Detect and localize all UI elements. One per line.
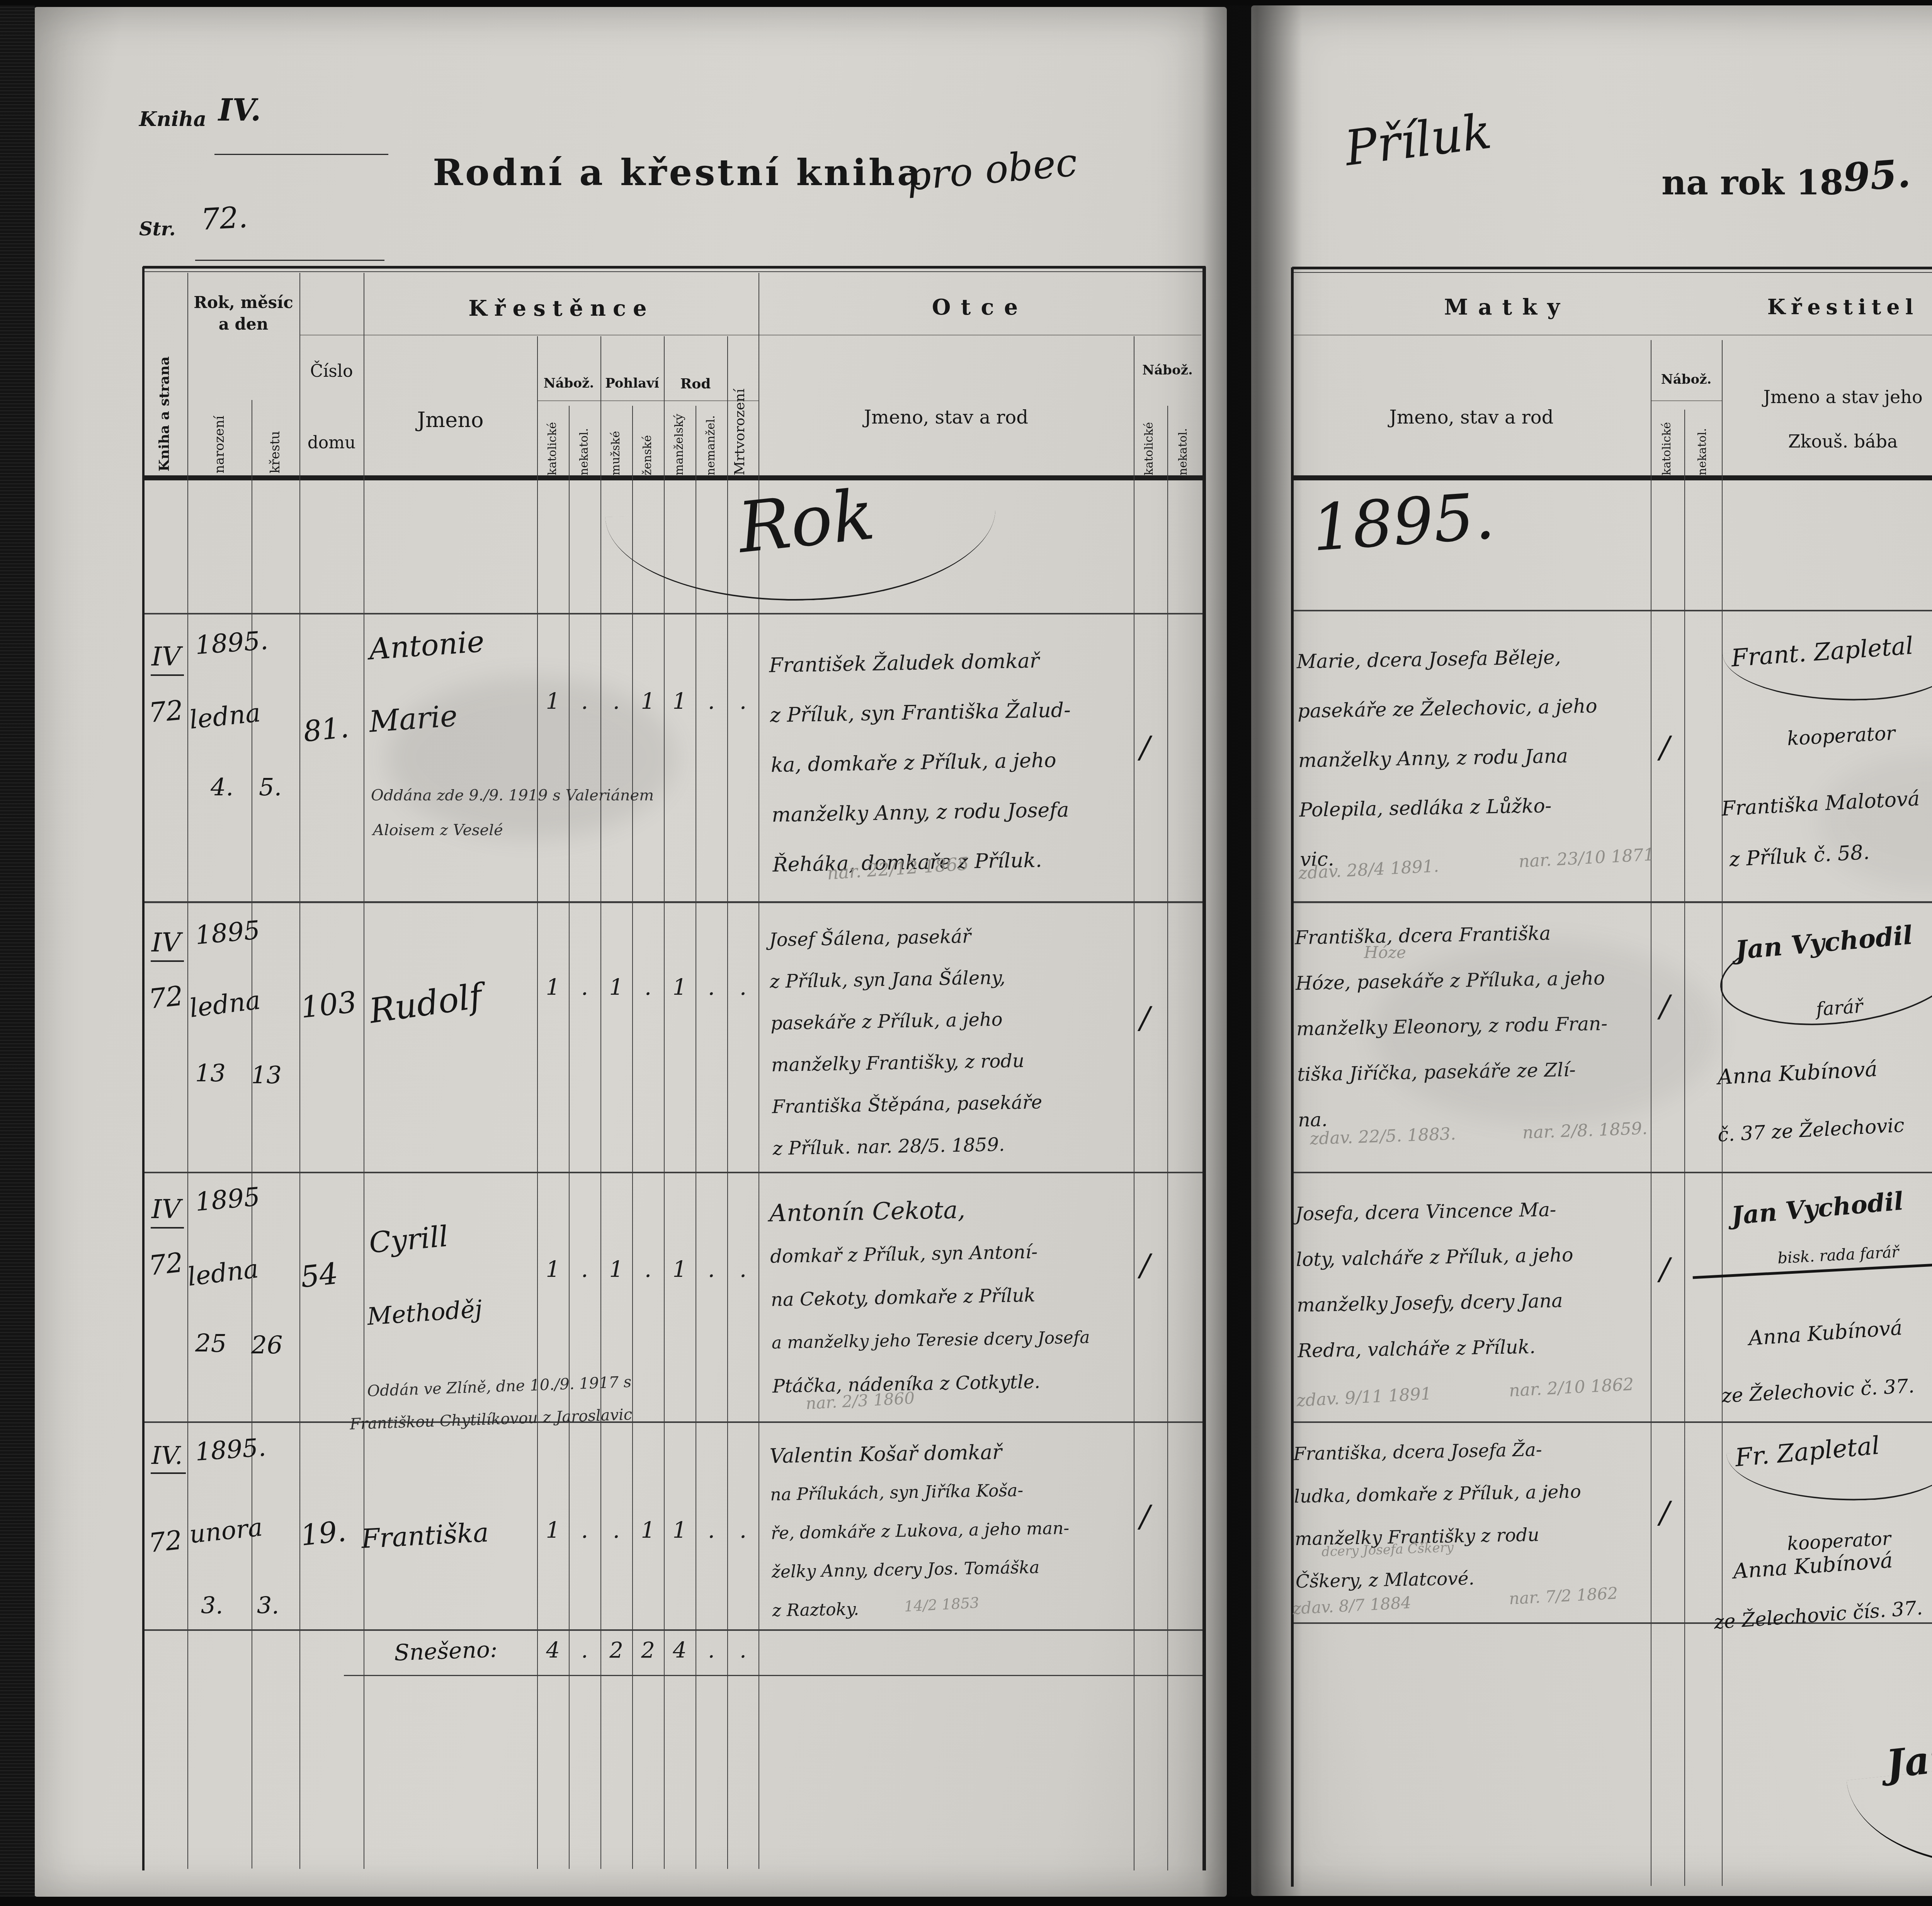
col-rod-wed: manželský — [672, 369, 686, 475]
col-book-page: Kniha a strana — [156, 286, 172, 471]
year-printed: na rok 18 — [1662, 162, 1844, 203]
col-relig-cath: katolické — [546, 386, 559, 475]
col-rod-unwed: nemanžel. — [704, 377, 718, 475]
col-mother-name: Jmeno, stav a rod — [1292, 407, 1651, 428]
r2-page: 72 — [147, 980, 185, 1015]
r4-bapt-day: 3. — [257, 1592, 279, 1619]
r1-mother-relig-mark: / — [1660, 730, 1670, 765]
col-sex-m: mužské — [609, 394, 622, 475]
col-baptizer-1: Jmeno a stav jeho — [1722, 386, 1932, 407]
r1-tick-unwed: . — [696, 688, 727, 714]
r4-tick-cath: 1 — [537, 1517, 569, 1543]
summary-male: 2 — [600, 1638, 632, 1663]
page-underline — [195, 260, 384, 261]
r4-mother-relig-mark: / — [1660, 1496, 1670, 1530]
r3-tick-wed: 1 — [664, 1256, 696, 1282]
col-child-name: Jmeno — [364, 408, 537, 432]
r2-tick-unwed: . — [696, 974, 727, 1000]
r4-tick-male: . — [600, 1517, 632, 1543]
r4-mother-desc: Františka, dcera Josefa Ža-ludka, domkař… — [1293, 1427, 1659, 1603]
r1-bapt-day: 5. — [259, 773, 282, 801]
r4-born-day: 3. — [201, 1592, 223, 1619]
book-underline — [214, 154, 388, 155]
r2-born-day: 13 — [195, 1059, 226, 1087]
r4-father-relig-mark: / — [1140, 1499, 1150, 1534]
col-stillborn: Mrtvorození — [732, 330, 748, 475]
r4-house: 19. — [299, 1515, 348, 1552]
r3-tick-noncath: . — [569, 1256, 600, 1282]
group-mother: Matky — [1292, 294, 1722, 320]
r3-tick-stillborn: . — [727, 1256, 759, 1282]
bleed-through-ghost — [1372, 939, 1719, 1125]
r4-book: IV. — [151, 1441, 186, 1474]
page-number: 72. — [200, 200, 248, 237]
book-number: IV. — [218, 93, 261, 128]
r2-book: IV — [151, 927, 184, 962]
r2-year: 1895 — [194, 915, 261, 950]
summary-cath: 4 — [537, 1638, 569, 1663]
r3-father-relig-mark: / — [1140, 1248, 1150, 1283]
left-book-edge — [0, 0, 35, 1906]
r2-tick-stillborn: . — [727, 974, 759, 1000]
col-house-2: domu — [299, 433, 364, 453]
r2-baptizer-title: farář — [1815, 996, 1864, 1020]
col-mother-relig-cath: katolické — [1660, 386, 1673, 475]
group-father: Otce — [759, 294, 1201, 320]
r3-tick-male: 1 — [600, 1256, 632, 1282]
bleed-through-ghost — [386, 676, 676, 839]
r2-tick-cath: 1 — [537, 974, 569, 1000]
r3-page: 72 — [147, 1247, 185, 1282]
r1-mother-desc: Marie, dcera Josefa Běleje,pasekáře ze Ž… — [1296, 631, 1656, 884]
r1-house: 81. — [302, 711, 350, 749]
col-house-1: Číslo — [299, 361, 364, 381]
r4-tick-stillborn: . — [727, 1517, 759, 1543]
r4-page: 72 — [147, 1525, 184, 1559]
r2-mother-interline-pencil: Hóze — [1364, 943, 1406, 962]
r3-father-desc: Antonín Cekota,domkař z Příluk, syn Anto… — [769, 1185, 1151, 1408]
group-baptizer: Křestitel — [1722, 294, 1932, 319]
col-father-name: Jmeno, stav a rod — [759, 407, 1134, 428]
col-mother-relig: Nábož. — [1651, 372, 1722, 387]
r3-mother-relig-mark: / — [1660, 1252, 1670, 1287]
summary-noncath: . — [569, 1638, 600, 1663]
register-scan: Kniha IV. Str. 72. Rodní a křestní kniha… — [0, 0, 1932, 1906]
r3-tick-female: . — [632, 1256, 664, 1282]
r1-tick-stillborn: . — [727, 688, 759, 714]
col-father-relig: Nábož. — [1134, 362, 1201, 378]
r3-born-day: 25 — [195, 1329, 226, 1358]
r3-mother-desc: Josefa, dcera Vincence Ma-loty, valcháře… — [1295, 1185, 1657, 1374]
register-title: Rodní a křestní kniha — [433, 151, 923, 194]
col-date-bapt: křestu — [267, 381, 283, 473]
summary-label: Snešeno: — [394, 1636, 498, 1666]
col-date-born: narození — [212, 361, 227, 473]
top-scan-border — [0, 0, 1932, 5]
r2-father-desc: Josef Šálena, pasekářz Příluk, syn Jana … — [769, 913, 1140, 1169]
r3-tick-cath: 1 — [537, 1256, 569, 1282]
col-father-relig-noncath: nekatol. — [1176, 398, 1190, 475]
r2-tick-female: . — [632, 974, 664, 1000]
r4-tick-wed: 1 — [664, 1517, 696, 1543]
r3-name-1: Cyrill — [368, 1220, 450, 1260]
col-date-group: Rok, měsíca den — [187, 292, 299, 335]
summary-wed: 4 — [664, 1638, 696, 1663]
year-handwritten: 95. — [1842, 150, 1912, 201]
r1-book: IV — [151, 642, 184, 676]
col-baptizer-2: Zkouš. bába — [1722, 431, 1932, 452]
r2-tick-male: 1 — [600, 974, 632, 1000]
r1-father-relig-mark: / — [1140, 730, 1150, 765]
gutter-shadow — [1202, 0, 1302, 1906]
r1-father-desc: František Žaludek domkařz Příluk, syn Fr… — [769, 635, 1140, 890]
r1-tick-wed: 1 — [664, 688, 696, 714]
summary-unwed: . — [696, 1638, 727, 1663]
r2-bapt-day: 13 — [251, 1061, 282, 1089]
r3-year: 1895 — [194, 1182, 261, 1217]
r3-tick-unwed: . — [696, 1256, 727, 1282]
r2-house: 103 — [299, 985, 359, 1025]
r4-year: 1895. — [194, 1433, 267, 1467]
r2-father-relig-mark: / — [1140, 1001, 1150, 1036]
col-relig-noncath: nekatol. — [577, 398, 591, 475]
r3-bapt-day: 26 — [251, 1331, 282, 1360]
r1-born-day: 4. — [211, 773, 233, 801]
r2-tick-noncath: . — [569, 974, 600, 1000]
book-label: Kniha — [139, 107, 206, 131]
r4-tick-noncath: . — [569, 1517, 600, 1543]
r4-tick-female: 1 — [632, 1517, 664, 1543]
col-mother-relig-noncath: nekatol. — [1696, 398, 1709, 475]
r3-house: 54 — [299, 1256, 340, 1294]
year-band-year: 1895. — [1310, 479, 1497, 565]
summary-female: 2 — [632, 1638, 664, 1663]
r1-page: 72 — [148, 694, 185, 728]
col-sex: Pohlaví — [600, 376, 664, 391]
bottom-scan-border — [0, 1897, 1932, 1906]
summary-stillborn: . — [727, 1638, 759, 1663]
col-sex-f: ženské — [641, 394, 654, 475]
r3-book: IV — [151, 1194, 184, 1229]
page-label: Str. — [139, 218, 175, 240]
r2-tick-wed: 1 — [664, 974, 696, 1000]
r4-tick-unwed: . — [696, 1517, 727, 1543]
r1-year: 1895. — [194, 626, 269, 660]
col-father-relig-cath: katolické — [1142, 386, 1156, 475]
group-child: Křestěnce — [364, 296, 759, 321]
